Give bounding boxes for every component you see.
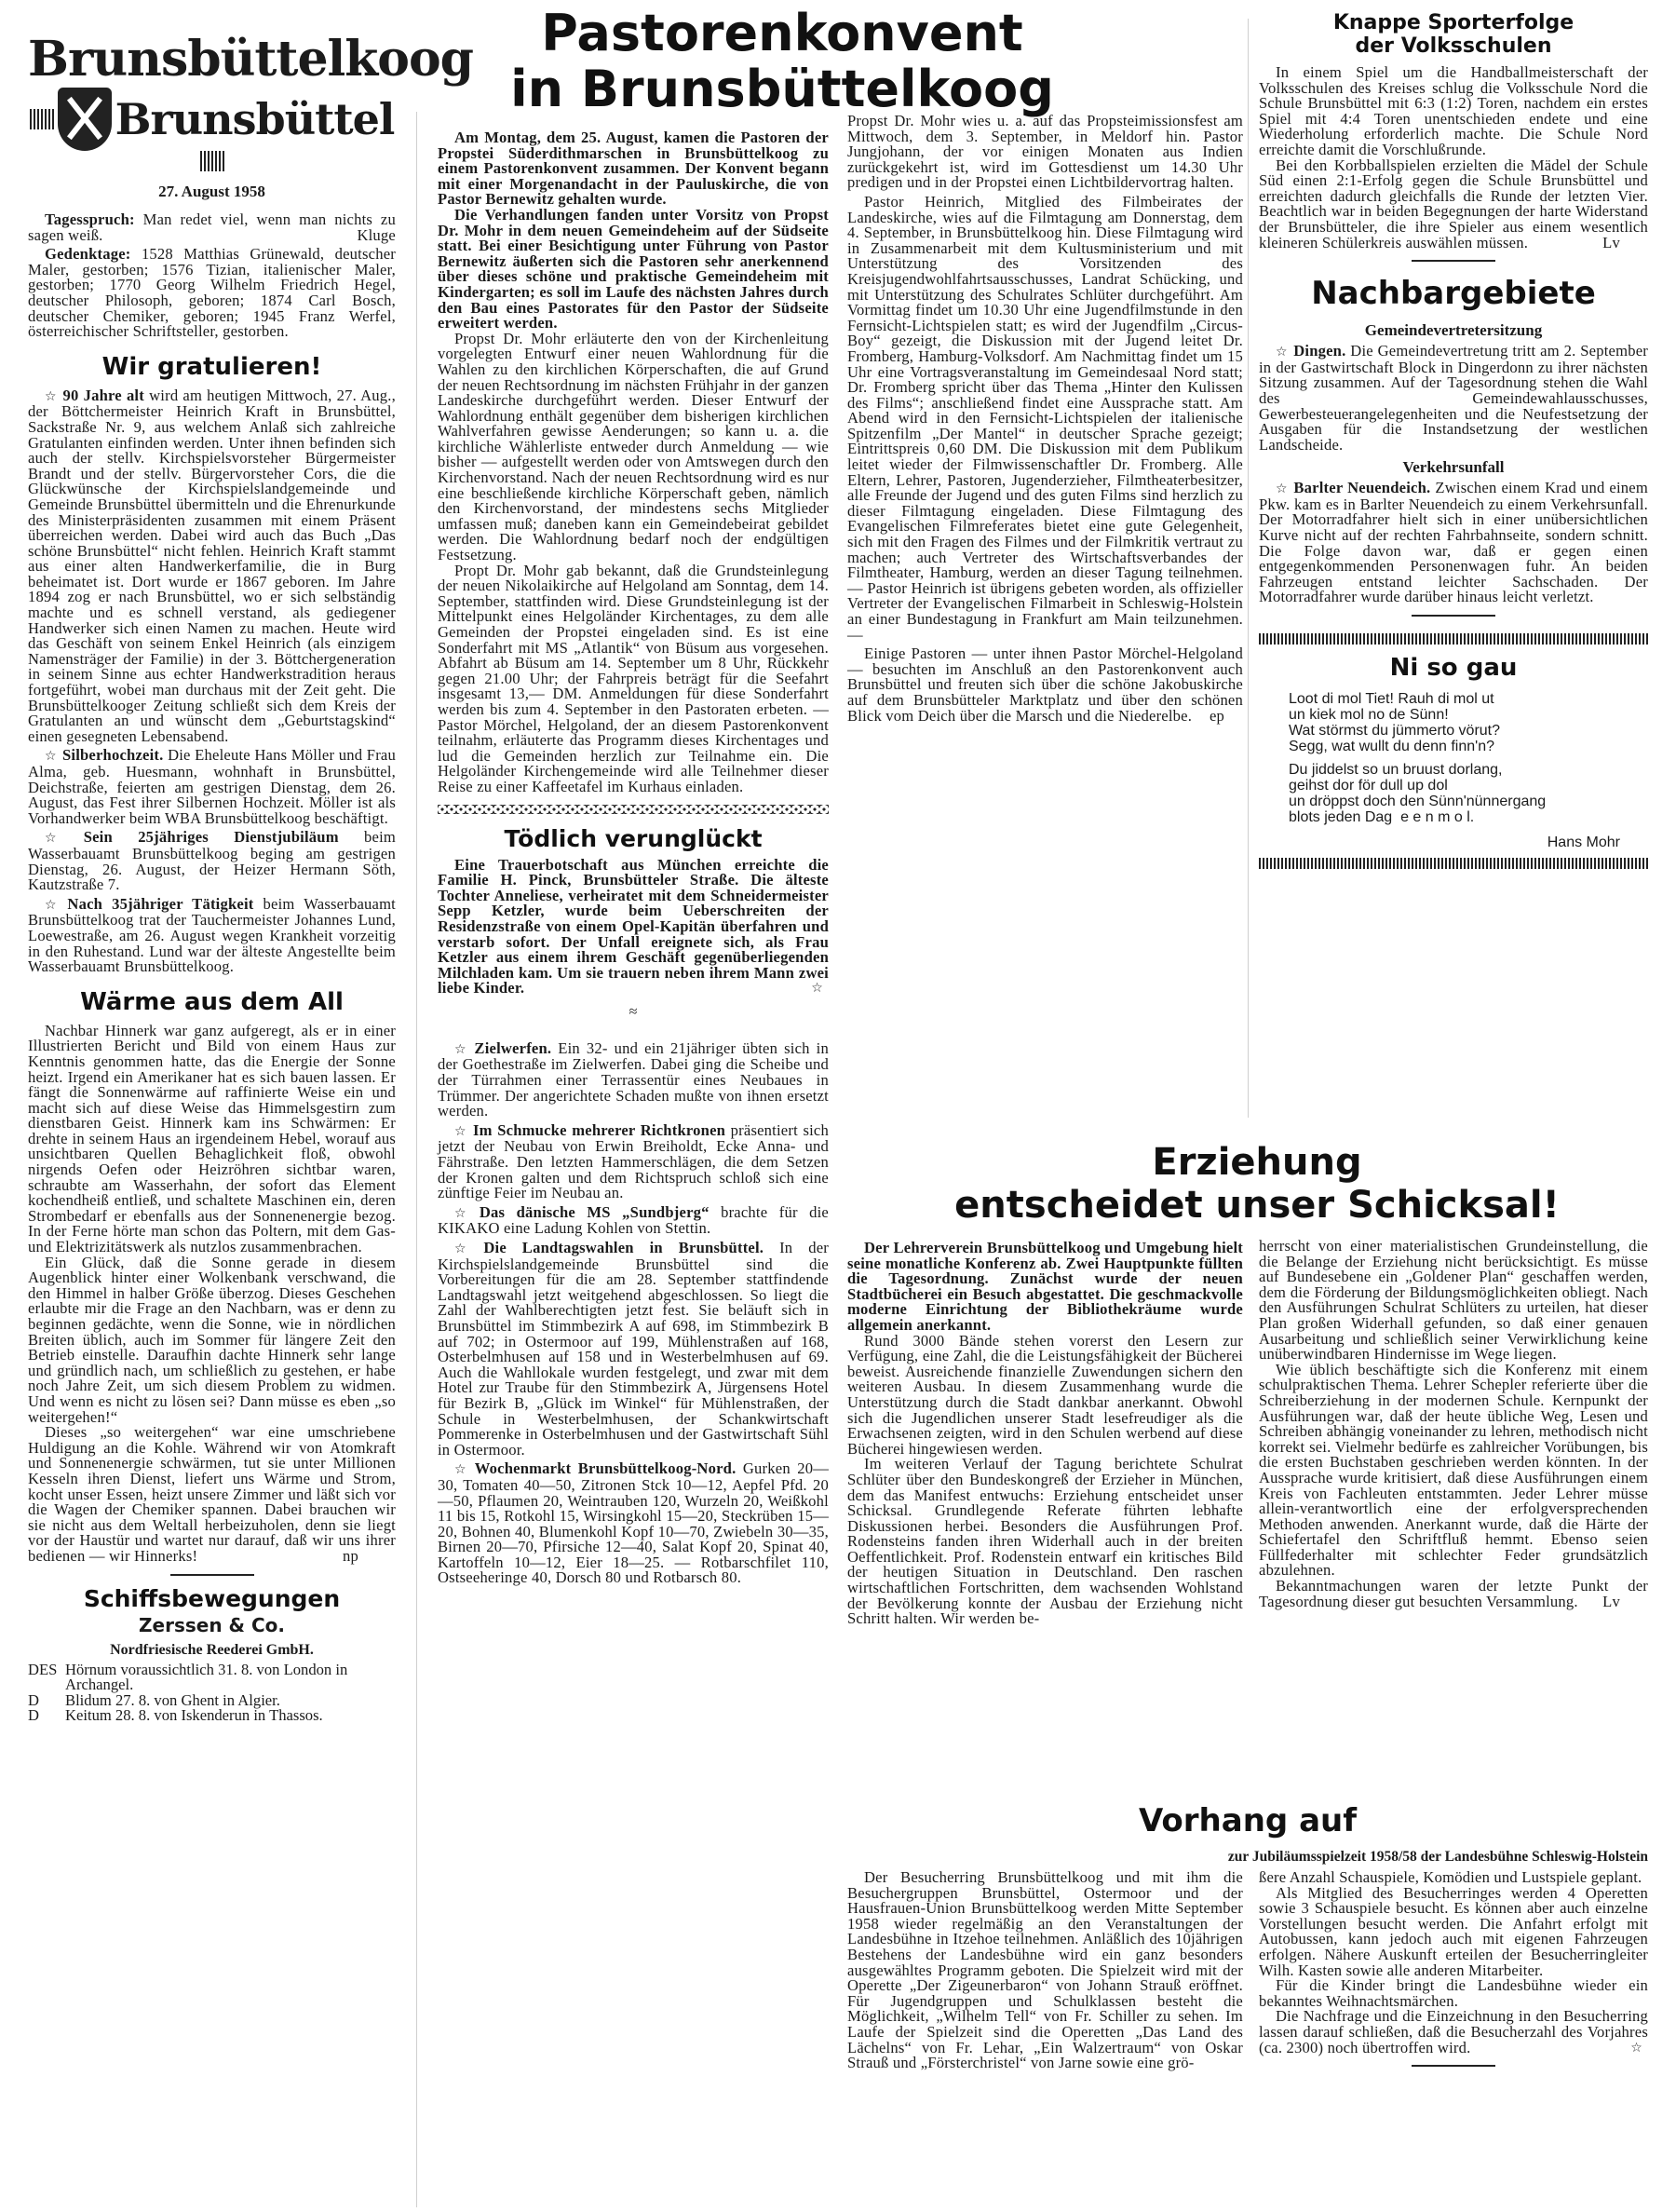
erziehung-col-a: Der Lehrerverein Brunsbüttelkoog und Umg…: [847, 1241, 1243, 1627]
column-2: Am Montag, dem 25. August, kamen die Pas…: [438, 130, 829, 1586]
divider: [1412, 615, 1495, 617]
star-icon: ☆: [454, 1124, 467, 1139]
ribbon-right-icon: [200, 151, 224, 171]
star-icon: ☆: [1614, 2041, 1642, 2056]
tagesspruch: Tagesspruch: Man redet viel, wenn man ni…: [28, 212, 396, 243]
star-icon: ☆: [1276, 482, 1288, 496]
gedicht-headline: Ni so gau: [1259, 654, 1648, 682]
nachbar-headline: Nachbargebiete: [1259, 275, 1648, 312]
toedlich-headline: Tödlich verunglückt: [438, 825, 829, 852]
sport-article: In einem Spiel um die Handballmeistersch…: [1259, 65, 1648, 251]
star-icon: ☆: [454, 1462, 469, 1477]
lokal-item: ☆Das dänische MS „Sundbjerg“ brachte für…: [438, 1205, 829, 1237]
column-rule: [416, 112, 417, 2207]
gedenktage: Gedenktage: 1528 Matthias Grünewald, deu…: [28, 247, 396, 340]
masthead-line2: Brunsbüttel: [115, 94, 395, 144]
pastoren-headline: Pastorenkonvent in Brunsbüttelkoog: [438, 6, 1127, 117]
schiffe-company: Zerssen & Co.: [28, 1614, 396, 1636]
signature: ep: [1193, 709, 1224, 725]
masthead: Brunsbüttelkoog Brunsbüttel 27. August 1…: [28, 0, 396, 201]
nachbar-subhead: Gemeindevertretersitzung: [1259, 321, 1648, 340]
gratulieren-headline: Wir gratulieren!: [28, 353, 396, 381]
nachbar-subhead: Verkehrsunfall: [1259, 458, 1648, 477]
lokales-list: ☆Zielwerfen. Ein 32- und ein 21jähriger …: [438, 1041, 829, 1586]
schiffe-headline: Schiffsbewegungen: [28, 1585, 396, 1612]
anchor-crest-icon: [58, 88, 112, 151]
erziehung-headline: Erziehung entscheidet unser Schicksal!: [894, 1141, 1620, 1227]
column-rule: [1248, 19, 1249, 1118]
tagesspruch-author: Kluge: [340, 228, 396, 244]
star-icon: ☆: [794, 981, 823, 997]
divider: [170, 1574, 254, 1576]
sport-headline: Knappe Sporterfolge der Volksschulen: [1259, 11, 1648, 58]
ship-list: DESHörnum voraussichtlich 31. 8. von Lon…: [28, 1662, 396, 1724]
signature: Lv: [1586, 1595, 1620, 1610]
lokal-item: ☆Im Schmucke mehrerer Richtkronen präsen…: [438, 1123, 829, 1201]
pastoren-article-lead: Am Montag, dem 25. August, kamen die Pas…: [438, 130, 829, 332]
waerme-headline: Wärme aus dem All: [28, 988, 396, 1016]
masthead-line1: Brunsbüttelkoog: [28, 34, 396, 86]
toedlich-article: Eine Trauerbotschaft aus München erreich…: [438, 858, 829, 997]
star-icon: ☆: [45, 831, 78, 846]
column-4: Knappe Sporterfolge der Volksschulen In …: [1259, 0, 1648, 876]
vorhang-subhead: zur Jubiläumsspielzeit 1958/58 der Lande…: [978, 1849, 1648, 1866]
issue-date: 27. August 1958: [28, 183, 396, 201]
lokal-item: ☆Zielwerfen. Ein 32- und ein 21jähriger …: [438, 1041, 829, 1120]
wavy-divider: [438, 805, 829, 814]
star-icon: ☆: [454, 1042, 468, 1057]
wave-ornament-icon: ≈: [438, 1004, 829, 1021]
poem-author: Hans Mohr: [1289, 835, 1620, 850]
ribbon-left-icon: [30, 109, 54, 129]
ship-row: DESHörnum voraussichtlich 31. 8. von Lon…: [28, 1662, 396, 1693]
divider: [1412, 260, 1495, 262]
star-icon: ☆: [1276, 345, 1288, 360]
waerme-article: Nachbar Hinnerk war ganz aufgeregt, als …: [28, 1024, 396, 1565]
column-1: Brunsbüttelkoog Brunsbüttel 27. August 1…: [28, 0, 396, 1724]
vorhang-col-a: Der Besucherring Brunsbüttelkoog und mit…: [847, 1870, 1243, 2071]
vorhang-headline: Vorhang auf: [847, 1802, 1648, 1839]
signature: np: [326, 1549, 358, 1565]
gratulation-item: ☆90 Jahre alt wird am heutigen Mittwoch,…: [28, 388, 396, 745]
column-3: Propst Dr. Mohr wies u. a. auf das Props…: [847, 114, 1243, 724]
star-icon: ☆: [454, 1242, 478, 1256]
schiffe-subcompany: Nordfriesische Reederei GmbH.: [28, 1642, 396, 1659]
star-icon: ☆: [454, 1206, 474, 1221]
lokal-item: ☆Die Landtagswahlen in Brunsbüttel. In d…: [438, 1241, 829, 1458]
barcode-divider: [1259, 633, 1648, 645]
signature: Lv: [1586, 236, 1620, 251]
star-icon: ☆: [45, 898, 61, 913]
gratulieren-list: ☆90 Jahre alt wird am heutigen Mittwoch,…: [28, 388, 396, 975]
vorhang-col-b: ßere Anzahl Schauspiele, Komödien und Lu…: [1259, 1870, 1648, 2076]
intro: Tagesspruch: Man redet viel, wenn man ni…: [28, 212, 396, 340]
ship-row: DKeitum 28. 8. von Iskenderun in Thassos…: [28, 1708, 396, 1724]
star-icon: ☆: [45, 389, 58, 404]
barcode-divider: [1259, 858, 1648, 869]
gratulation-item: ☆Sein 25jähriges Dienstjubiläum beim Was…: [28, 830, 396, 892]
poem: Loot di mol Tiet! Rauh di mol ut un kiek…: [1289, 691, 1648, 825]
pastoren-article-body: Propst Dr. Mohr erläuterte den von der K…: [438, 332, 829, 795]
erziehung-col-b: herrscht von einer materialistischen Gru…: [1259, 1239, 1648, 1609]
divider: [1412, 2065, 1495, 2067]
star-icon: ☆: [45, 749, 57, 764]
gratulation-item: ☆Silberhochzeit. Die Eheleute Hans Mölle…: [28, 748, 396, 826]
gratulation-item: ☆Nach 35jähriger Tätigkeit beim Wasserba…: [28, 897, 396, 975]
lokal-item: ☆Wochenmarkt Brunsbüttelkoog-Nord. Gurke…: [438, 1461, 829, 1586]
